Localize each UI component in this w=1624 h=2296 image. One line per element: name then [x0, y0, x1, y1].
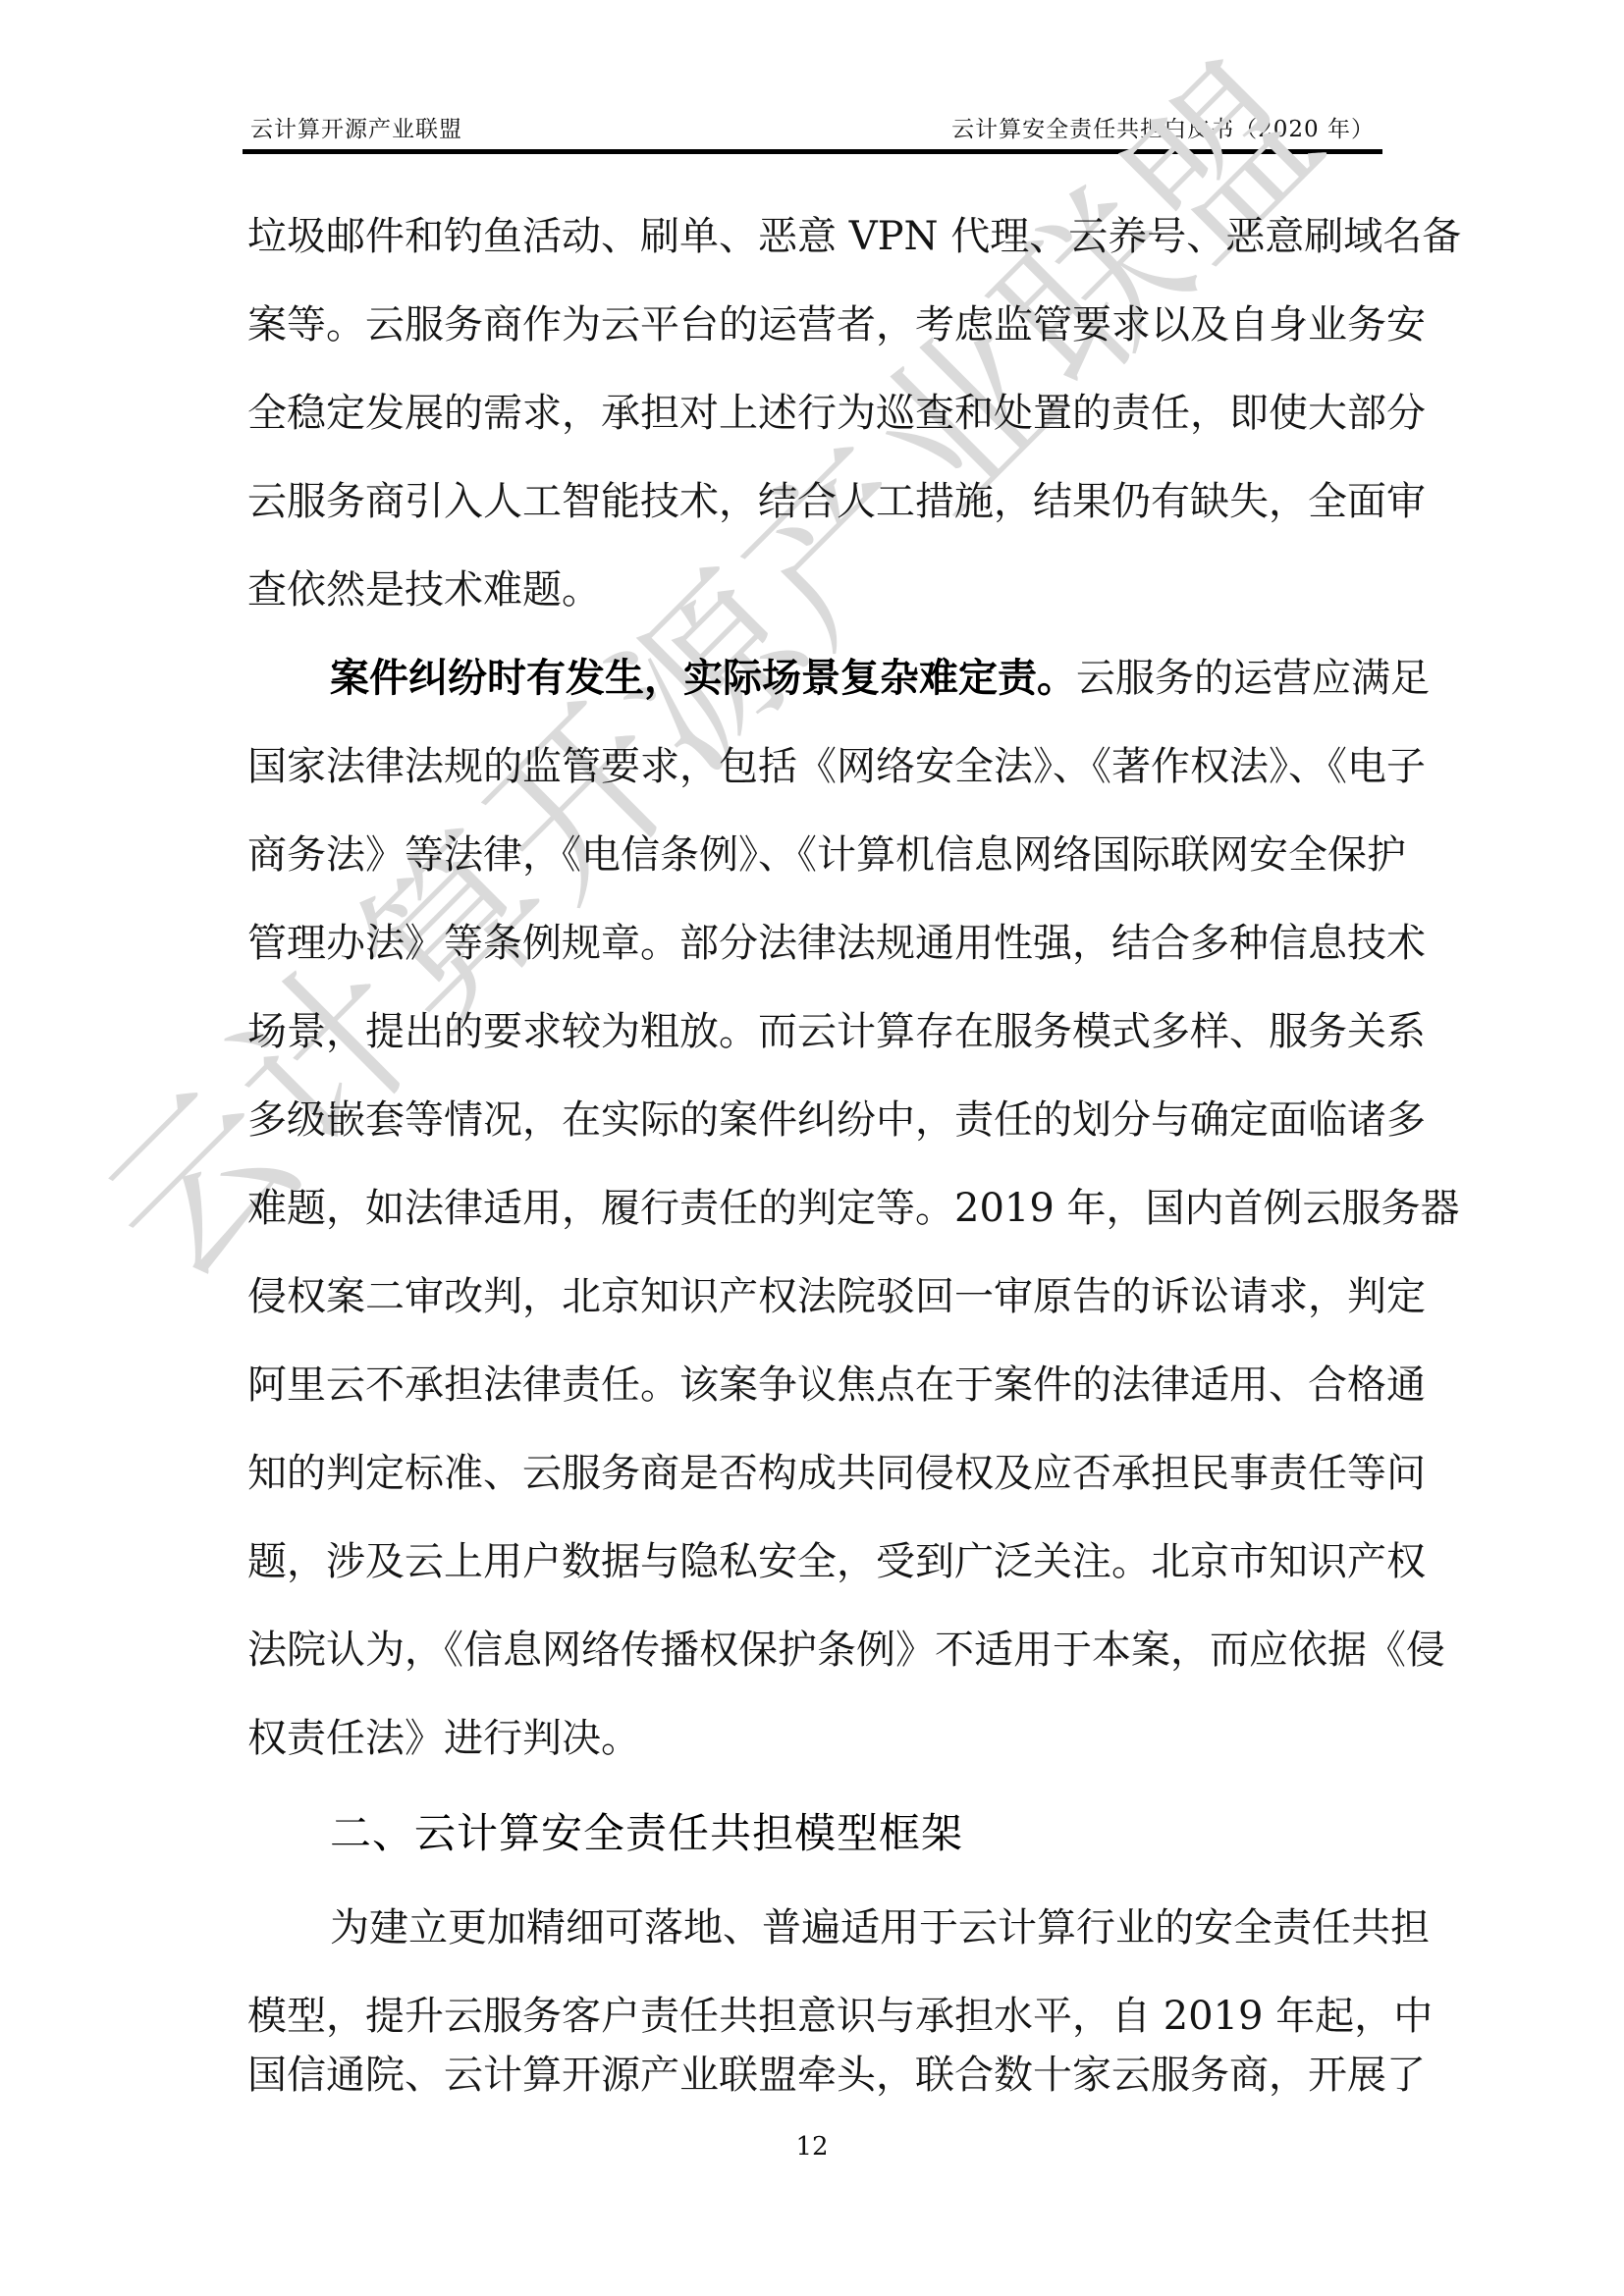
paragraph-2-line: 场景，提出的要求较为粗放。而云计算存在服务模式多样、服务关系 [247, 1002, 1382, 1061]
paragraph-3-line: 模型，提升云服务客户责任共担意识与承担水平，自 2019 年起，中 [247, 1987, 1382, 2046]
paragraph-2-lead-line: 案件纠纷时有发生，实际场景复杂难定责。云服务的运营应满足 [330, 649, 1382, 708]
paragraph-2-line: 商务法》等法律，《电信条例》、《计算机信息网络国际联网安全保护 [247, 826, 1382, 884]
header-document-title: 云计算安全责任共担白皮书（2020 年） [951, 111, 1375, 143]
page-number: 12 [0, 2132, 1624, 2162]
paragraph-3-first-line: 为建立更加精细可落地、普遍适用于云计算行业的安全责任共担 [330, 1898, 1382, 1957]
paragraph-2-line: 侵权案二审改判，北京知识产权法院驳回一审原告的诉讼请求，判定 [247, 1267, 1382, 1326]
paragraph-2-bold-lead: 案件纠纷时有发生，实际场景复杂难定责。 [330, 656, 1076, 701]
paragraph-2-line: 阿里云不承担法律责任。该案争议焦点在于案件的法律适用、合格通 [247, 1356, 1382, 1415]
paragraph-1-line: 云服务商引入人工智能技术，结合人工措施，结果仍有缺失，全面审 [247, 472, 1382, 531]
paragraph-2-line: 知的判定标准、云服务商是否构成共同侵权及应否承担民事责任等问 [247, 1444, 1382, 1503]
paragraph-1-line: 案等。云服务商作为云平台的运营者，考虑监管要求以及自身业务安 [247, 295, 1382, 354]
paragraph-2-line: 权责任法》进行判决。 [247, 1709, 1382, 1768]
page-header: 云计算开源产业联盟 云计算安全责任共担白皮书（2020 年） [243, 110, 1382, 154]
paragraph-2-line: 难题，如法律适用，履行责任的判定等。2019 年，国内首例云服务器 [247, 1179, 1382, 1238]
paragraph-2-line: 法院认为，《信息网络传播权保护条例》不适用于本案，而应依据《侵 [247, 1621, 1382, 1680]
section-heading: 二、云计算安全责任共担模型框架 [330, 1804, 963, 1863]
header-org-name: 云计算开源产业联盟 [250, 111, 462, 143]
paragraph-2-line: 多级嵌套等情况，在实际的案件纠纷中，责任的划分与确定面临诸多 [247, 1091, 1382, 1149]
paragraph-2-lead-rest: 云服务的运营应满足 [1076, 656, 1430, 701]
paragraph-1-line: 垃圾邮件和钓鱼活动、刷单、恶意 VPN 代理、云养号、恶意刷域名备 [247, 207, 1382, 266]
paragraph-1-line: 全稳定发展的需求，承担对上述行为巡查和处置的责任，即使大部分 [247, 384, 1382, 443]
paragraph-2-line: 管理办法》等条例规章。部分法律法规通用性强，结合多种信息技术 [247, 914, 1382, 973]
paragraph-1-line: 查依然是技术难题。 [247, 561, 1382, 619]
paragraph-2-line: 国家法律法规的监管要求，包括《网络安全法》、《著作权法》、《电子 [247, 737, 1382, 796]
paragraph-2-line: 题，涉及云上用户数据与隐私安全，受到广泛关注。北京市知识产权 [247, 1532, 1382, 1591]
paragraph-3-line: 国信通院、云计算开源产业联盟牵头，联合数十家云服务商，开展了 [247, 2046, 1382, 2105]
